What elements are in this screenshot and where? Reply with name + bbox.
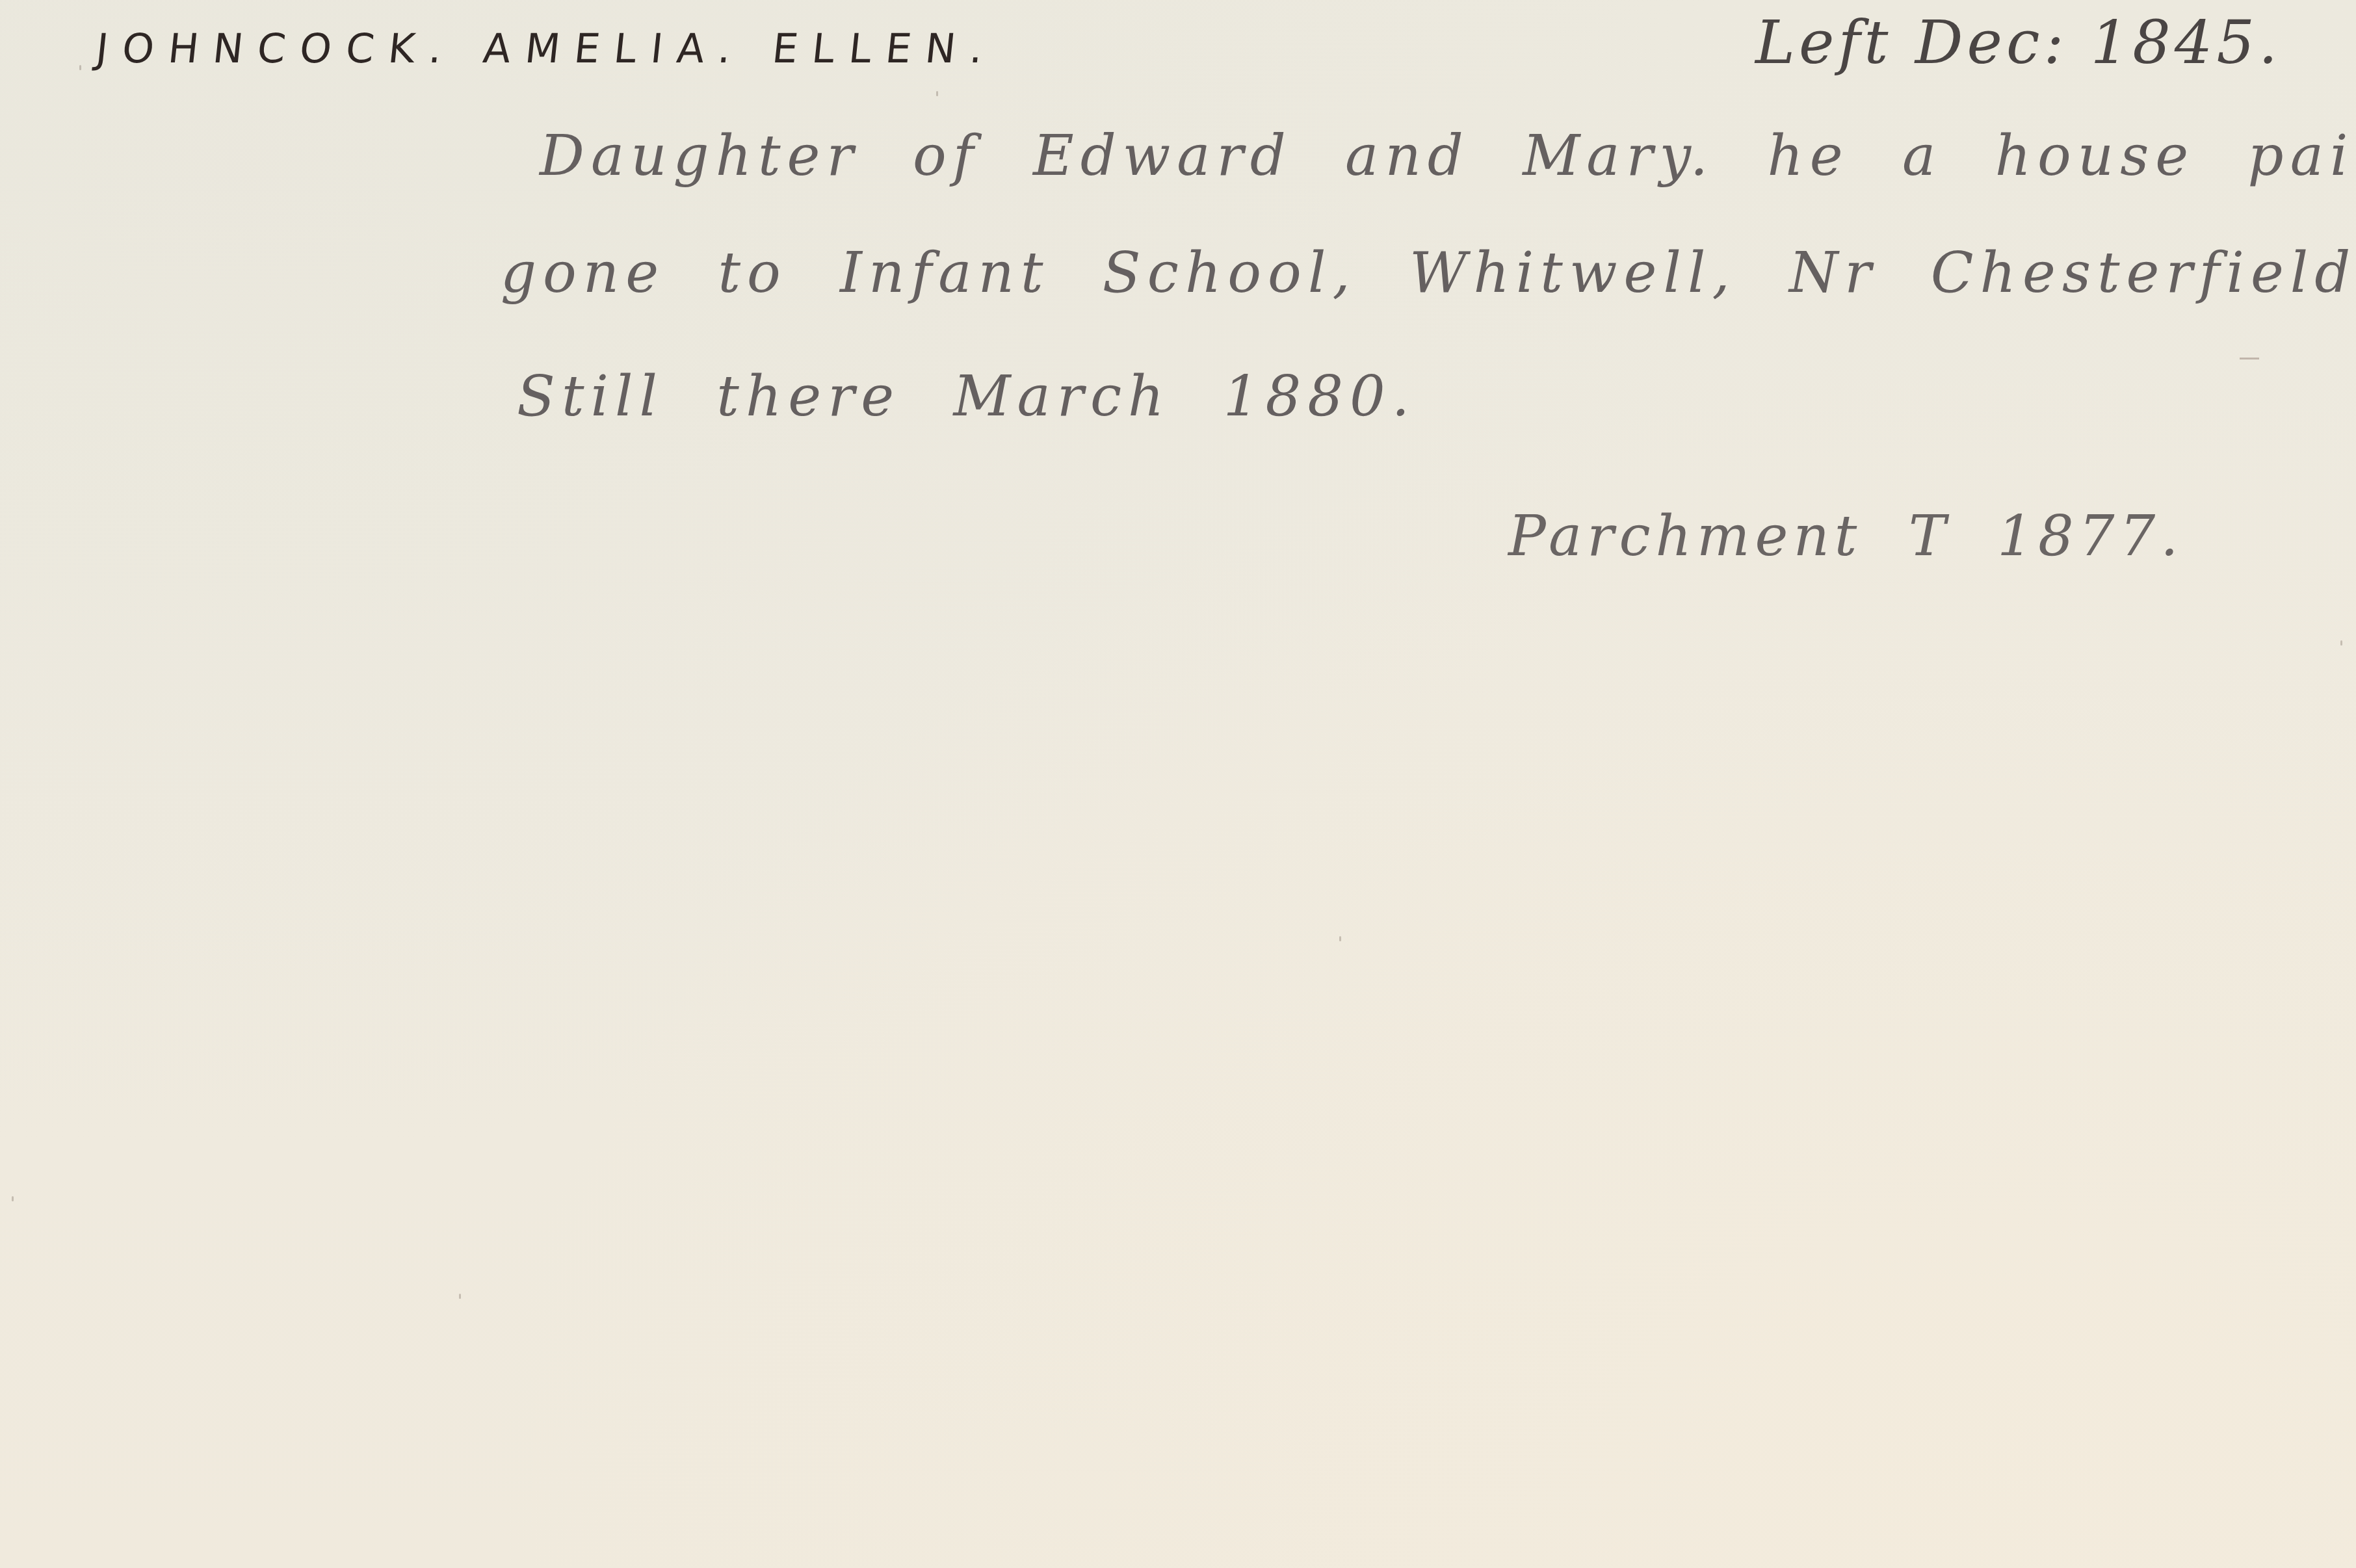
note-line-school: gone to Infant School, Whitwell, Nr Ches… — [501, 241, 2356, 306]
paper-speck — [459, 1294, 461, 1299]
note-line-status: Still there March 1880. — [517, 364, 1416, 429]
paper-speck — [79, 65, 81, 70]
surname-given-names-heading: JOHNCOCK. AMELIA. ELLEN. — [94, 25, 999, 72]
index-card: JOHNCOCK. AMELIA. ELLEN. Left Dec: 1845.… — [0, 0, 2356, 1568]
paper-speck — [2340, 640, 2342, 646]
note-line-parentage: Daughter of Edward and Mary. he a house … — [540, 124, 2356, 189]
paper-speck — [12, 1196, 14, 1201]
left-date-note: Left Dec: 1845. — [1755, 8, 2281, 77]
parchment-note: Parchment T 1877. — [1508, 504, 2184, 569]
paper-speck — [1339, 936, 1341, 941]
stray-ink-mark — [2240, 358, 2259, 359]
paper-speck — [936, 91, 938, 96]
